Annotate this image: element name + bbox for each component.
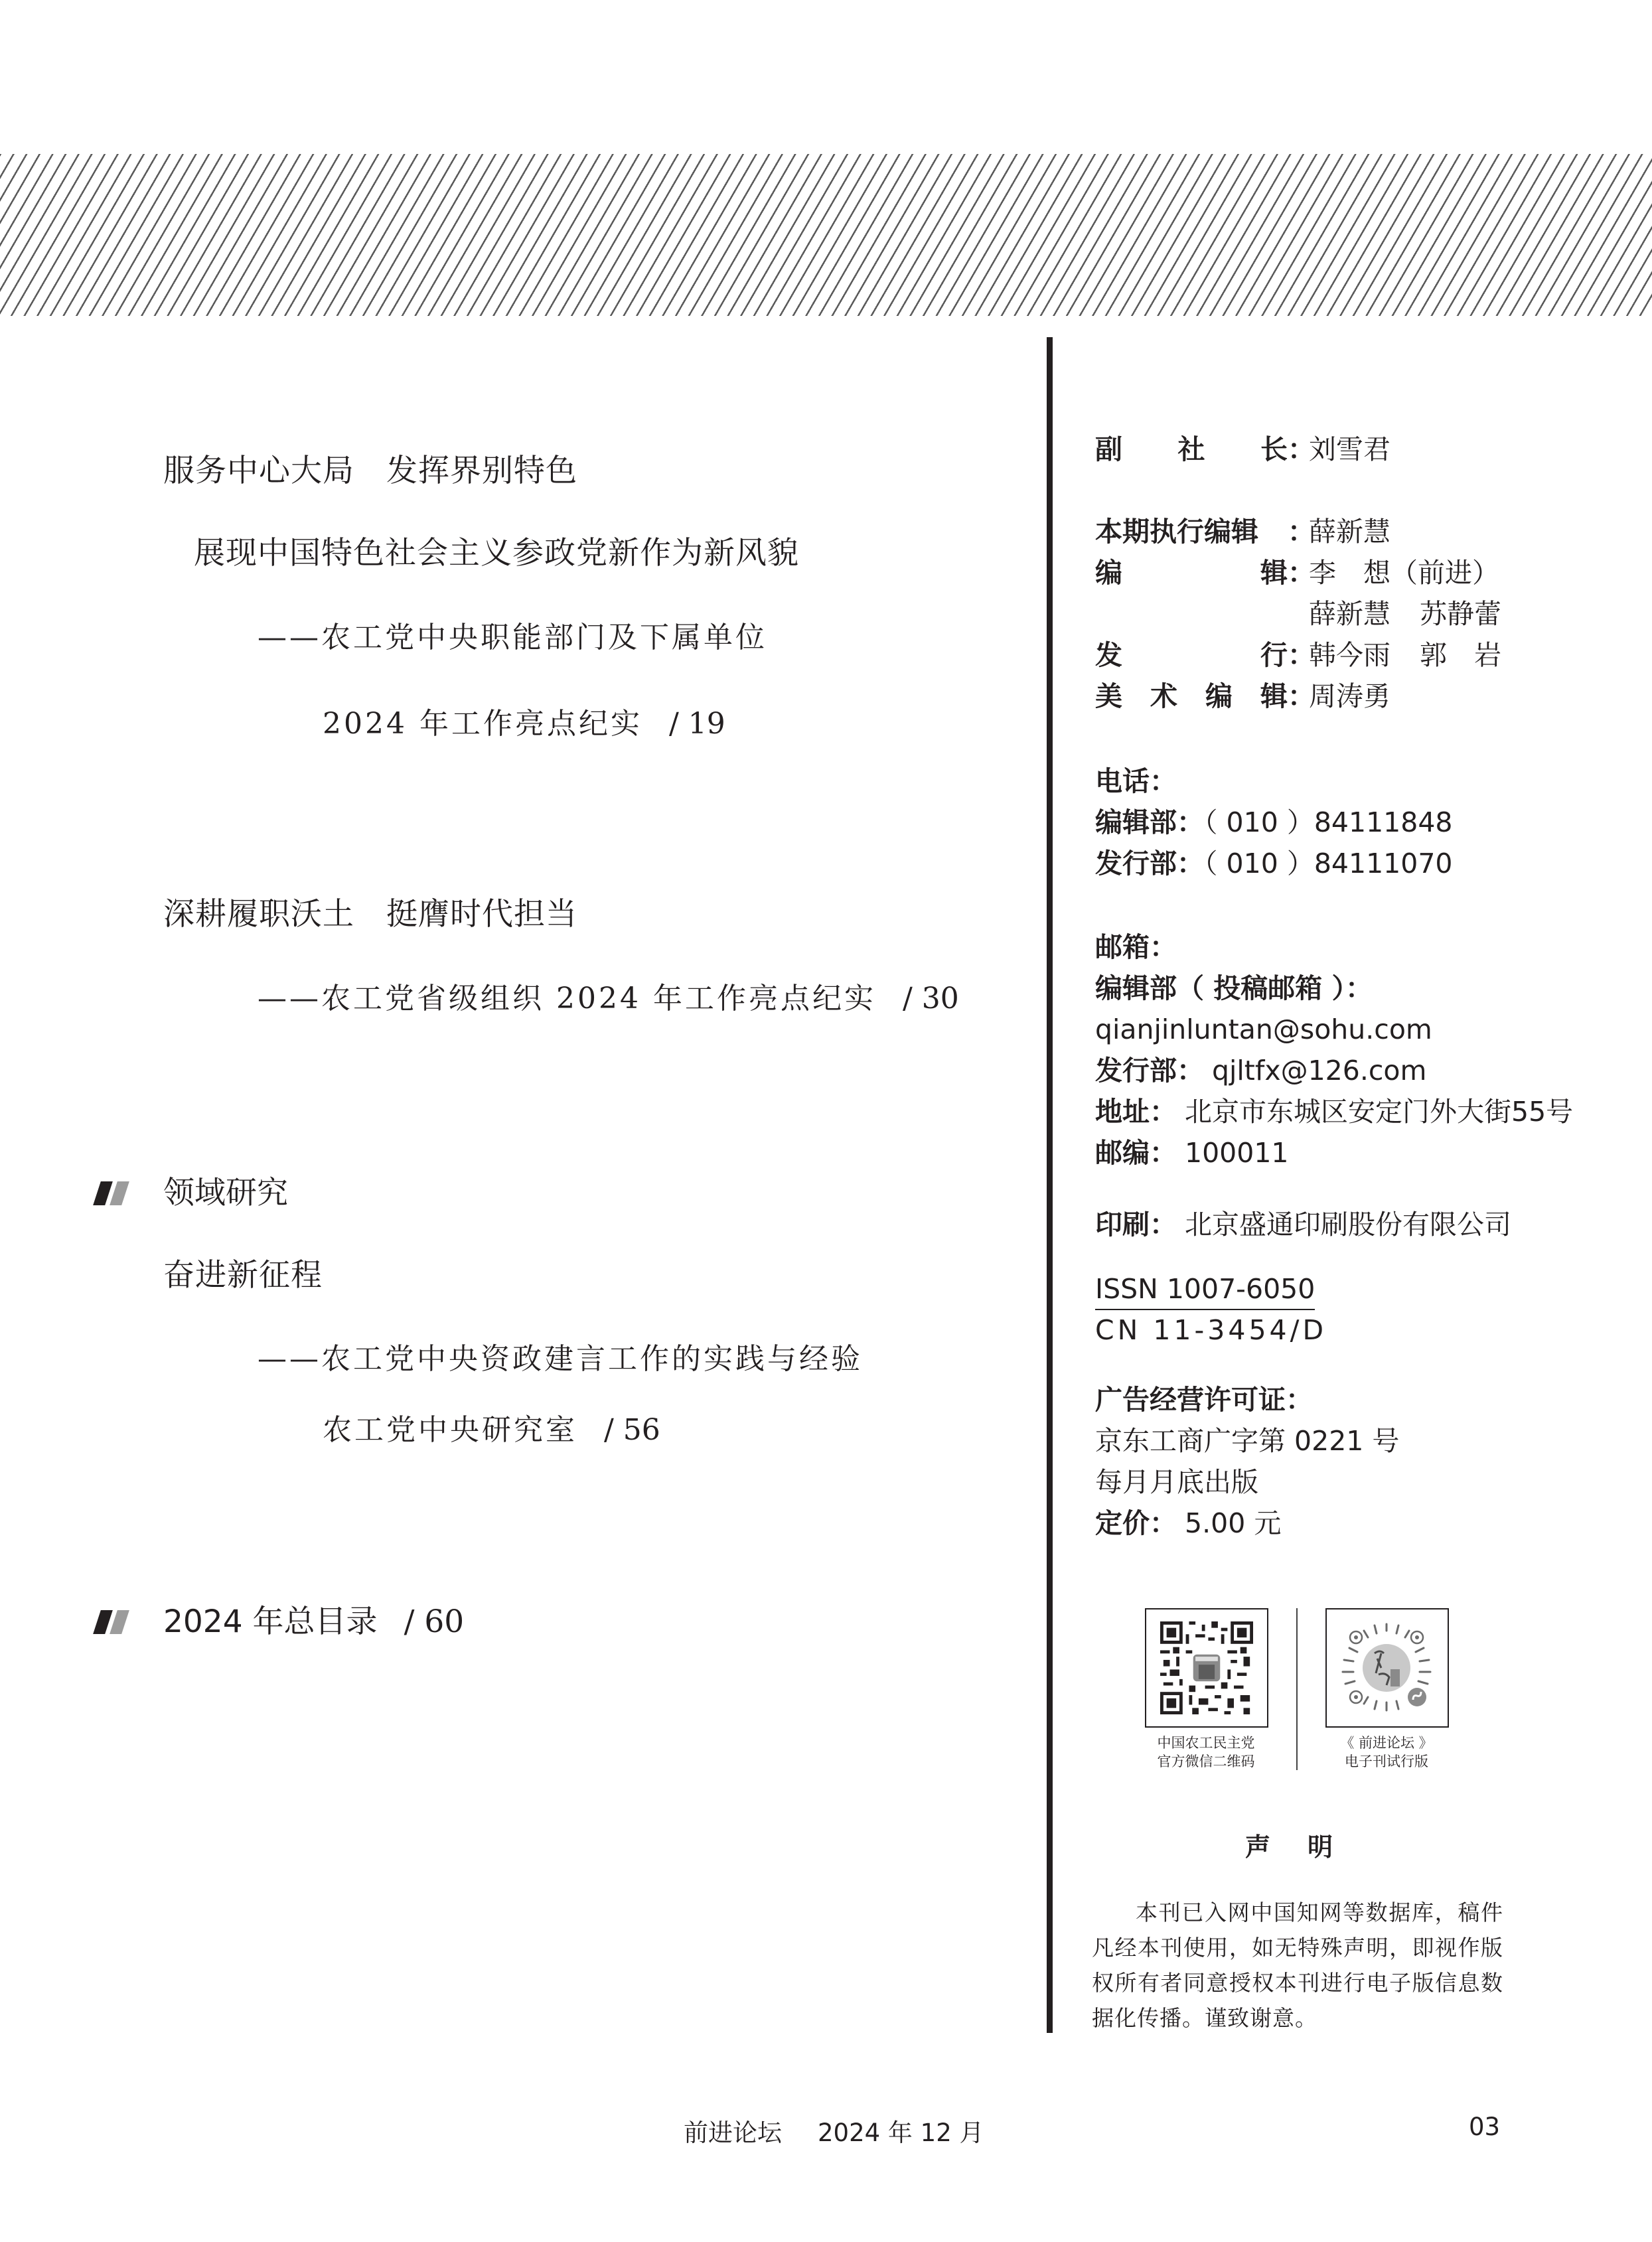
staff-label: 美术编辑	[1095, 676, 1288, 717]
section-heading: 领域研究	[163, 1175, 288, 1212]
label-colon: ：	[1288, 429, 1301, 470]
staff-label: 本期执行编辑	[1095, 511, 1288, 552]
slash-bar-gray	[110, 1181, 129, 1205]
hatched-header-band	[0, 154, 1652, 316]
toc-entry-title[interactable]: 奋进新征程	[163, 1257, 323, 1294]
email-distribution-value[interactable]: qjltfx@126.com	[1212, 1055, 1426, 1086]
cn-number: CN 11-3454/D	[1095, 1313, 1327, 1347]
email-distribution: 发行部：qjltfx@126.com	[1095, 1050, 1426, 1091]
notice-body: 本刊已入网中国知网等数据库，稿件凡经本刊使用，如无特殊声明，即视作版权所有者同意…	[1092, 1895, 1503, 2036]
footer-publication-name: 前进论坛	[684, 2119, 782, 2147]
double-slash-icon	[93, 1181, 130, 1205]
phone-heading: 电话：	[1095, 761, 1177, 802]
phone-editorial-value[interactable]: （ 010 ）84111848	[1204, 806, 1453, 838]
qr-caption-line: 《 前进论坛 》	[1314, 1734, 1460, 1752]
phone-distribution-value[interactable]: （ 010 ）84111070	[1204, 848, 1453, 879]
label-colon	[1288, 593, 1301, 635]
printer: 印刷：北京盛通印刷股份有限公司	[1095, 1204, 1511, 1245]
notice-title: 声明	[1089, 1827, 1527, 1863]
price-label: 定价：	[1095, 1507, 1177, 1539]
toc-entry-subtitle[interactable]: 展现中国特色社会主义参政党新作为新风貌	[194, 535, 799, 572]
qr-caption-ejournal: 《 前进论坛 》 电子刊试行版	[1314, 1734, 1460, 1771]
postcode-value: 100011	[1185, 1137, 1289, 1169]
qr-caption-line: 官方微信二维码	[1133, 1752, 1279, 1771]
staff-value: 薛新慧苏静蕾	[1309, 593, 1501, 635]
toc-entry-line: 2024 年工作亮点纪实/ 19	[323, 706, 725, 743]
phone-editorial-label: 编辑部：	[1095, 806, 1204, 838]
staff-label: 编辑	[1095, 552, 1288, 593]
printer-label: 印刷：	[1095, 1209, 1177, 1240]
qr-caption-line: 中国农工民主党	[1133, 1734, 1279, 1752]
toc-entry-title[interactable]: 深耕履职沃土 挺膺时代担当	[163, 896, 577, 933]
staff-label: 副社长	[1095, 429, 1288, 470]
mini-program-code-icon[interactable]	[1325, 1608, 1449, 1728]
page-reference[interactable]: / 60	[404, 1604, 465, 1640]
staff-value: 刘雪君	[1309, 429, 1390, 470]
label-colon: ：	[1288, 511, 1301, 552]
label-colon: ：	[1288, 552, 1301, 593]
phone-editorial: 编辑部：（ 010 ）84111848	[1095, 802, 1453, 843]
toc-entry-line-text: 农工党中央研究室	[323, 1413, 577, 1447]
printer-value: 北京盛通印刷股份有限公司	[1185, 1209, 1511, 1240]
address-label: 地址：	[1095, 1096, 1177, 1128]
ad-license-label: 广告经营许可证：	[1095, 1379, 1313, 1420]
page-reference[interactable]: / 19	[669, 707, 725, 741]
footer-publication-info: 前进论坛2024 年 12 月	[684, 2113, 984, 2148]
price-value: 5.00 元	[1185, 1507, 1281, 1539]
ad-license-value: 京东工商广字第 0221 号	[1095, 1420, 1399, 1461]
staff-label: 发行	[1095, 635, 1288, 676]
qr-caption-line: 电子刊试行版	[1314, 1752, 1460, 1771]
staff-row-executive-editor: 本期执行编辑 ： 薛新慧	[1095, 511, 1390, 552]
phone-distribution-label: 发行部：	[1095, 848, 1204, 879]
publish-schedule: 每月月底出版	[1095, 1461, 1258, 1503]
footer-issue-date: 2024 年 12 月	[818, 2119, 984, 2147]
email-editorial-value[interactable]: qianjinluntan@sohu.com	[1095, 1009, 1432, 1050]
wechat-qr-code-icon[interactable]	[1145, 1608, 1268, 1728]
postcode-label: 邮编：	[1095, 1137, 1177, 1169]
staff-row-distribution: 发行 ： 韩今雨郭 岩	[1095, 635, 1501, 676]
label-colon: ：	[1288, 676, 1301, 717]
email-distribution-label: 发行部：	[1095, 1055, 1204, 1086]
toc-entry-line: ——农工党中央职能部门及下属单位	[258, 619, 767, 656]
section-heading-text: 2024 年总目录	[163, 1604, 378, 1640]
toc-entry-title[interactable]: 服务中心大局 发挥界别特色	[163, 453, 577, 490]
address: 地址：北京市东城区安定门外大街55号	[1095, 1091, 1573, 1132]
slash-bar-dark	[93, 1181, 113, 1205]
staff-value: 周涛勇	[1309, 676, 1390, 717]
page-reference[interactable]: / 30	[903, 982, 959, 1015]
staff-value: 李 想（前进）	[1309, 552, 1499, 593]
slash-bar-gray	[110, 1610, 129, 1634]
staff-value: 薛新慧	[1309, 511, 1390, 552]
section-heading[interactable]: 2024 年总目录/ 60	[163, 1604, 464, 1641]
qr-caption-wechat: 中国农工民主党 官方微信二维码	[1133, 1734, 1279, 1771]
price: 定价：5.00 元	[1095, 1503, 1281, 1544]
page-number: 03	[1469, 2113, 1500, 2141]
qr-separator	[1296, 1608, 1298, 1770]
column-divider	[1047, 337, 1053, 2033]
staff-value: 韩今雨郭 岩	[1309, 635, 1501, 676]
toc-entry-line: ——农工党省级组织 2024 年工作亮点纪实/ 30	[258, 980, 959, 1017]
label-colon: ：	[1288, 635, 1301, 676]
page-reference[interactable]: / 56	[604, 1413, 660, 1447]
email-editorial-label: 编辑部（ 投稿邮箱 ）：	[1095, 968, 1373, 1009]
staff-label	[1095, 593, 1288, 635]
slash-bar-dark	[93, 1610, 113, 1634]
staff-row-art-editor: 美术编辑 ： 周涛勇	[1095, 676, 1390, 717]
email-heading: 邮箱：	[1095, 927, 1177, 968]
address-value: 北京市东城区安定门外大街55号	[1185, 1096, 1573, 1128]
staff-row-editors: 编辑 ： 李 想（前进）	[1095, 552, 1499, 593]
issn-number: ISSN 1007-6050	[1095, 1272, 1315, 1310]
postcode: 邮编：100011	[1095, 1132, 1289, 1173]
qr-pattern	[1158, 1621, 1255, 1714]
phone-distribution: 发行部：（ 010 ）84111070	[1095, 843, 1453, 884]
toc-entry-line: 农工党中央研究室/ 56	[323, 1412, 660, 1449]
toc-entry-line-text: 2024 年工作亮点纪实	[323, 707, 642, 741]
mini-program-pattern	[1340, 1621, 1433, 1714]
staff-row-deputy-director: 副社长 ： 刘雪君	[1095, 429, 1390, 470]
toc-entry-line: ——农工党中央资政建言工作的实践与经验	[258, 1341, 863, 1378]
staff-row-editors-continued: 薛新慧苏静蕾	[1095, 593, 1501, 635]
double-slash-icon	[93, 1610, 130, 1634]
toc-entry-line-text: ——农工党省级组织 2024 年工作亮点纪实	[258, 982, 876, 1015]
